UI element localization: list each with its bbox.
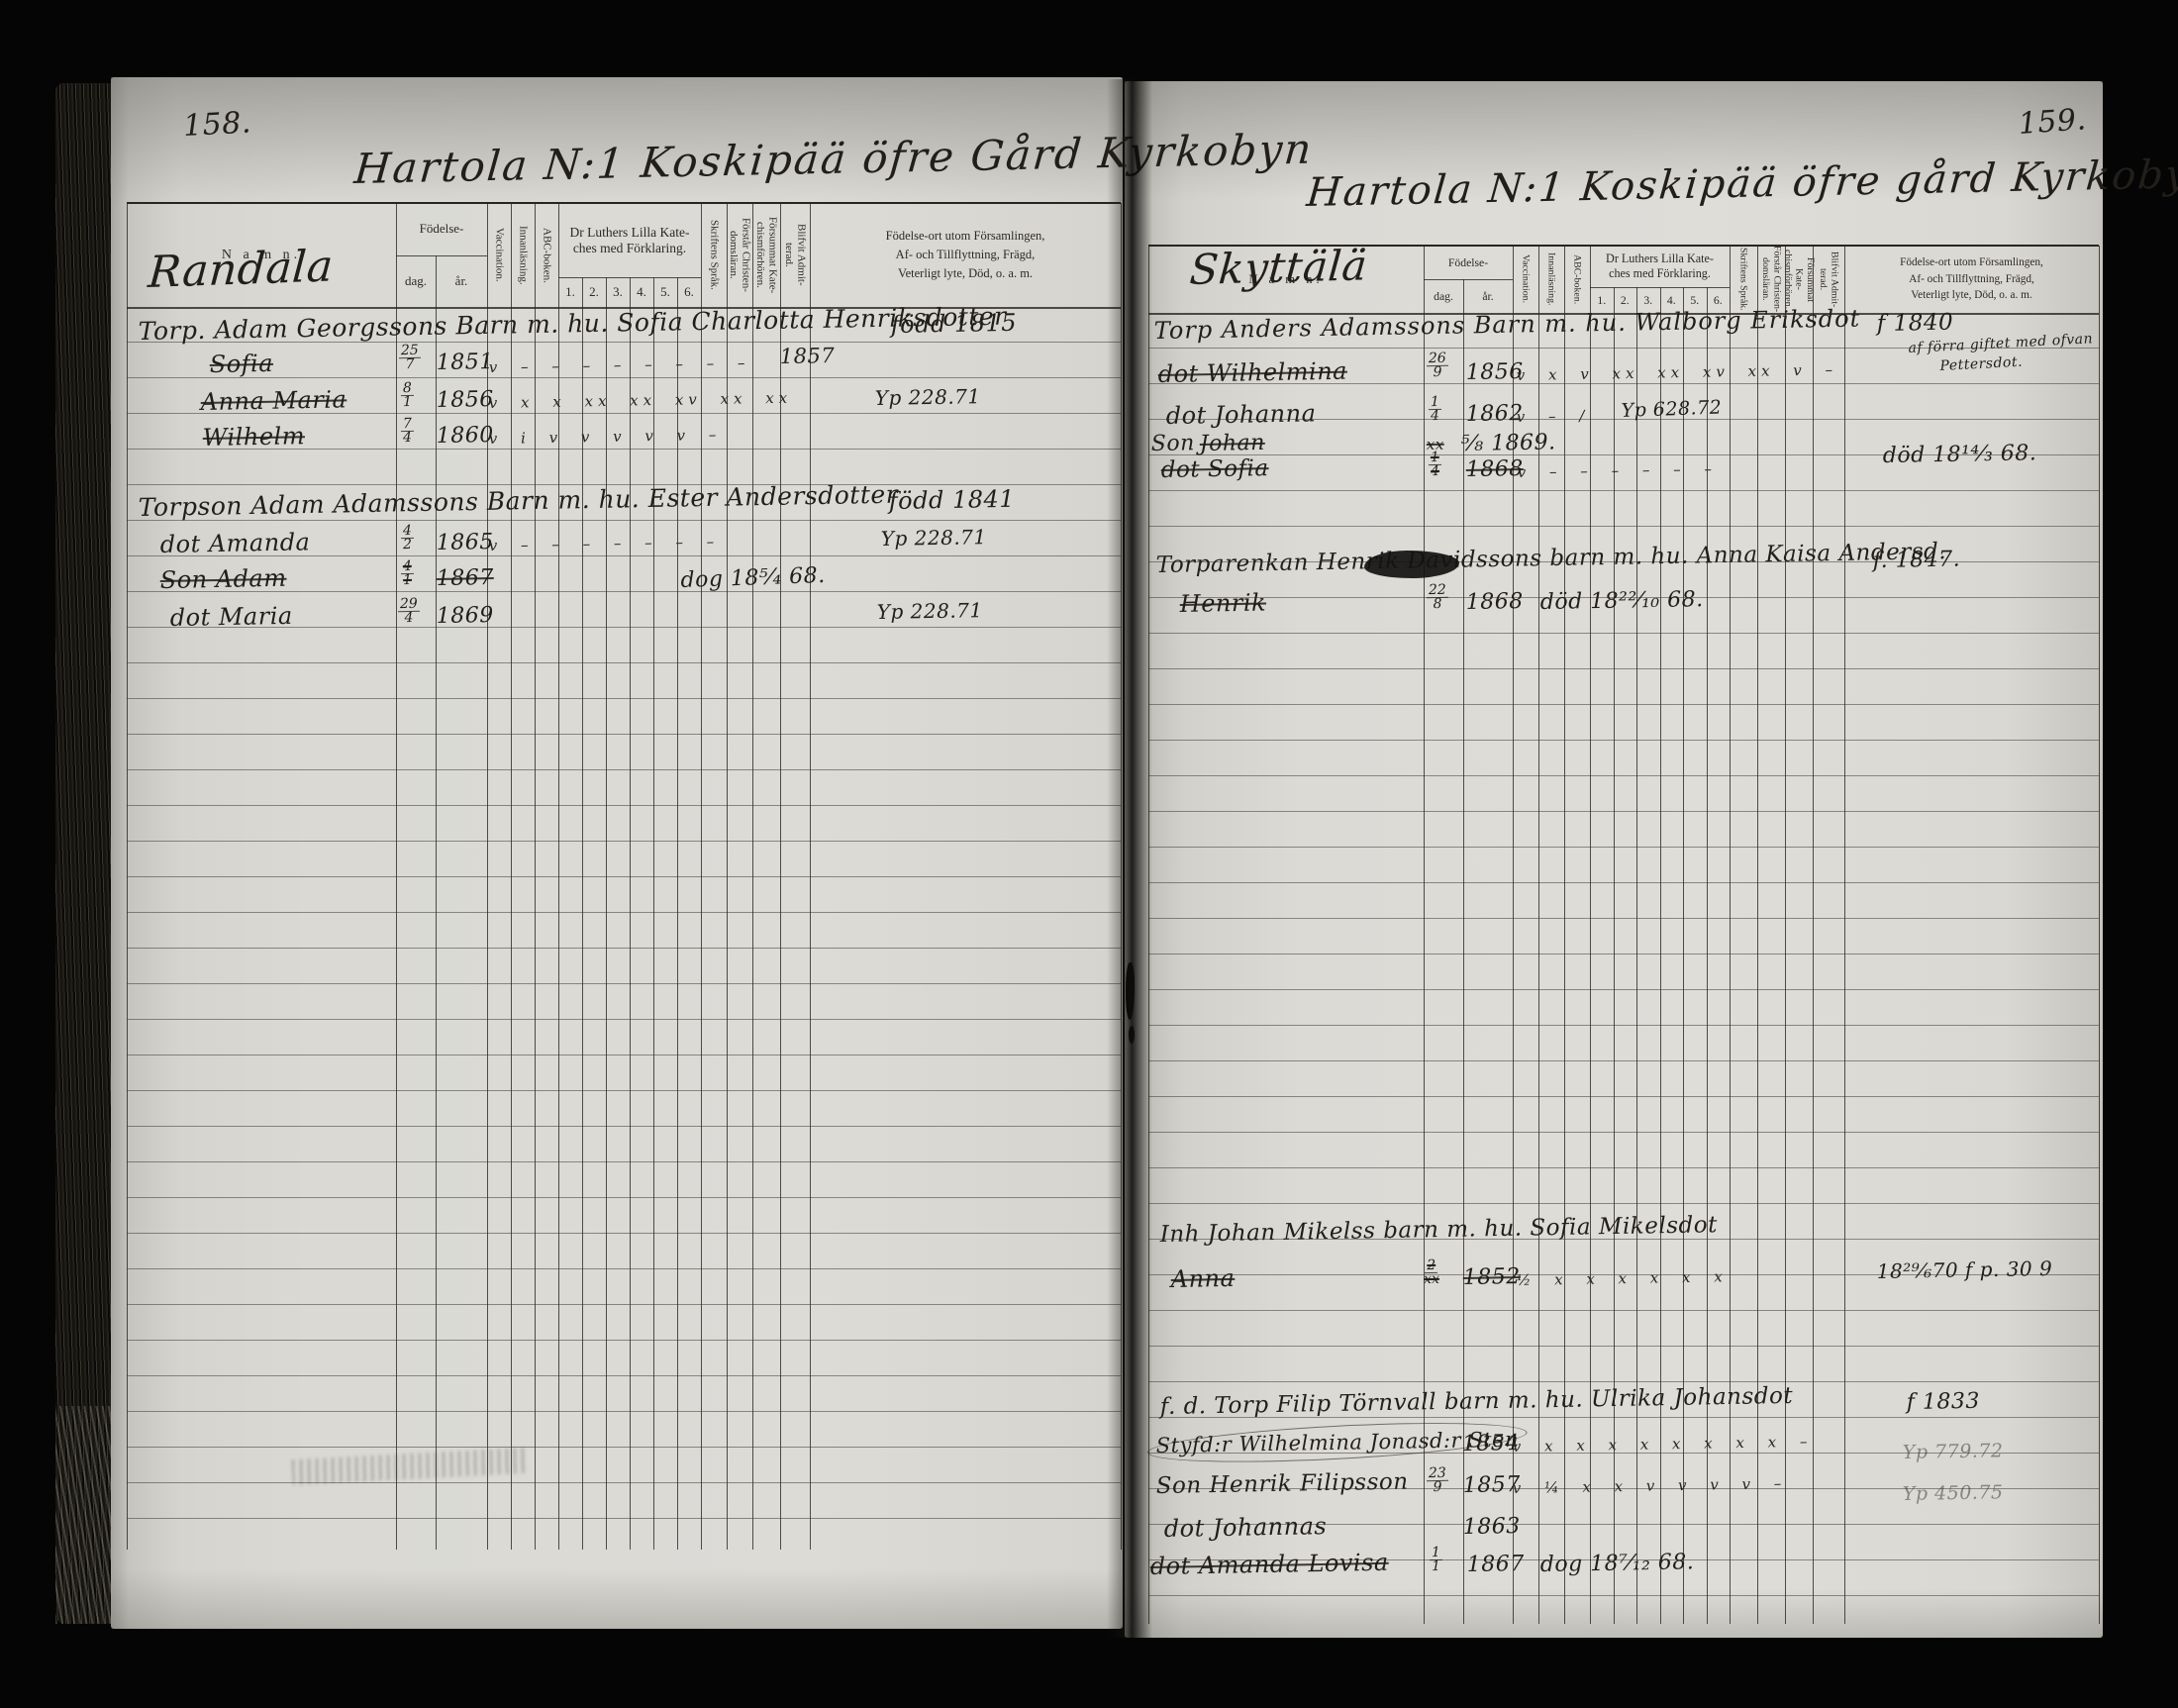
month: 4 [1431, 410, 1439, 423]
entry-remark: Yp 779.72 [1903, 1440, 2004, 1463]
entry-birth-year: 1856 [1466, 359, 1524, 385]
entry-birth-day: 23 9 [1427, 1467, 1448, 1494]
entry-birth-year: 1863 [1463, 1514, 1521, 1540]
gutter-ink-mark [1129, 1026, 1135, 1044]
entry-remark: f 1833 [1907, 1389, 1981, 1415]
entry-marks: v x v xx xx xv xx v – [1517, 360, 1837, 384]
entry-birth-year: 1868 [1466, 589, 1524, 615]
entry-name: Torparenkan Henrik Davidssons barn m. hu… [1156, 539, 1947, 578]
entry-name: dot Sofia [1161, 455, 1269, 483]
entry-name-prefix: Son [1151, 431, 1195, 456]
entry-name: dot Amanda Lovisa [1150, 1549, 1389, 1580]
entry-birth-day: 1 1 [1430, 1547, 1442, 1573]
entry-name: Torp Anders Adamssons Barn m. hu. Walbor… [1154, 305, 1861, 345]
month: 1 [1432, 1560, 1440, 1573]
month: 4 [1431, 465, 1439, 478]
entry-birth-day: 1 4 [1429, 396, 1441, 423]
entry-marks: v – / [1517, 407, 1590, 426]
entry-name: dot Johanna [1166, 399, 1317, 430]
entry-name: f. d. Torp Filip Törnvall barn m. hu. Ul… [1160, 1383, 1794, 1420]
page-number: 159. [2018, 102, 2088, 142]
entry-note: död 18²²⁄₁₀ 68. [1540, 587, 1704, 615]
entry-remark: Yp 450.75 [1903, 1481, 2004, 1505]
entry-name: dot Johannas [1164, 1512, 1328, 1543]
entry-birth-year: ⁵⁄₈ 1869. [1461, 430, 1556, 456]
entry-marks: v x x x x x x x x – [1513, 1433, 1813, 1456]
entry-birth-year: 1862 [1466, 401, 1524, 427]
entry-name: Henrik [1180, 588, 1267, 618]
entry-birth-year: 1867 [1467, 1552, 1525, 1577]
church-book-scan: N a m n.Födelse-dag.år.Vaccination.Innan… [0, 0, 2178, 1708]
entry-birth-day: 2 xx [1424, 1259, 1439, 1286]
month: 9 [1433, 366, 1441, 379]
entry-name: dot Wilhelmina [1158, 357, 1348, 388]
entry-remark: f. 1847. [1873, 547, 1961, 573]
entry-marks: v ¼ x x v v v v – [1513, 1474, 1787, 1497]
entry-birth-year: 1868 [1466, 456, 1524, 482]
entry-marks: v – – – – – – [1518, 459, 1717, 481]
month: xx [1424, 1273, 1439, 1286]
entry-name: Anna [1171, 1264, 1236, 1293]
entry-remark: Pettersdot. [1939, 354, 2023, 374]
entry-name: Johan [1200, 431, 1265, 456]
entry-marks: ½ x x x x x x [1517, 1267, 1728, 1289]
entry-note: dog 18⁷⁄₁₂ 68. [1540, 1550, 1695, 1577]
entry-name: Son Henrik Filipsson [1156, 1469, 1409, 1499]
village-heading: Skyttälä [1188, 241, 1369, 294]
book-gutter-shadow [1107, 79, 1152, 1638]
page-right: 159. Hartola N:1 Koskipää öfre gård Kyrk… [0, 0, 2178, 1708]
entry-remark: f 1840 [1877, 310, 1954, 337]
entry-remark: död 18¹⁴⁄₃ 68. [1883, 441, 2037, 468]
entry-remark: 18²⁹⁄₆70 f p. 30 9 [1877, 1256, 2053, 1283]
entry-birth-day: 26 9 [1427, 352, 1448, 379]
entry-birth-year: 1854 [1462, 1431, 1520, 1457]
entry-name: Inh Johan Mikelss barn m. hu. Sofia Mike… [1160, 1212, 1718, 1248]
page-title: Hartola N:1 Koskipää öfre gård Kyrkobyn [1305, 151, 2178, 216]
entry-note: Yp 628.72 [1621, 396, 1722, 422]
month: 8 [1433, 598, 1441, 611]
entry-birth-day: 22 8 [1427, 584, 1448, 611]
month: 9 [1433, 1481, 1441, 1494]
ink-blot [1364, 551, 1459, 578]
entry-birth-year: 1852 [1463, 1264, 1521, 1290]
entry-birth-day: 1 4 [1429, 452, 1441, 478]
